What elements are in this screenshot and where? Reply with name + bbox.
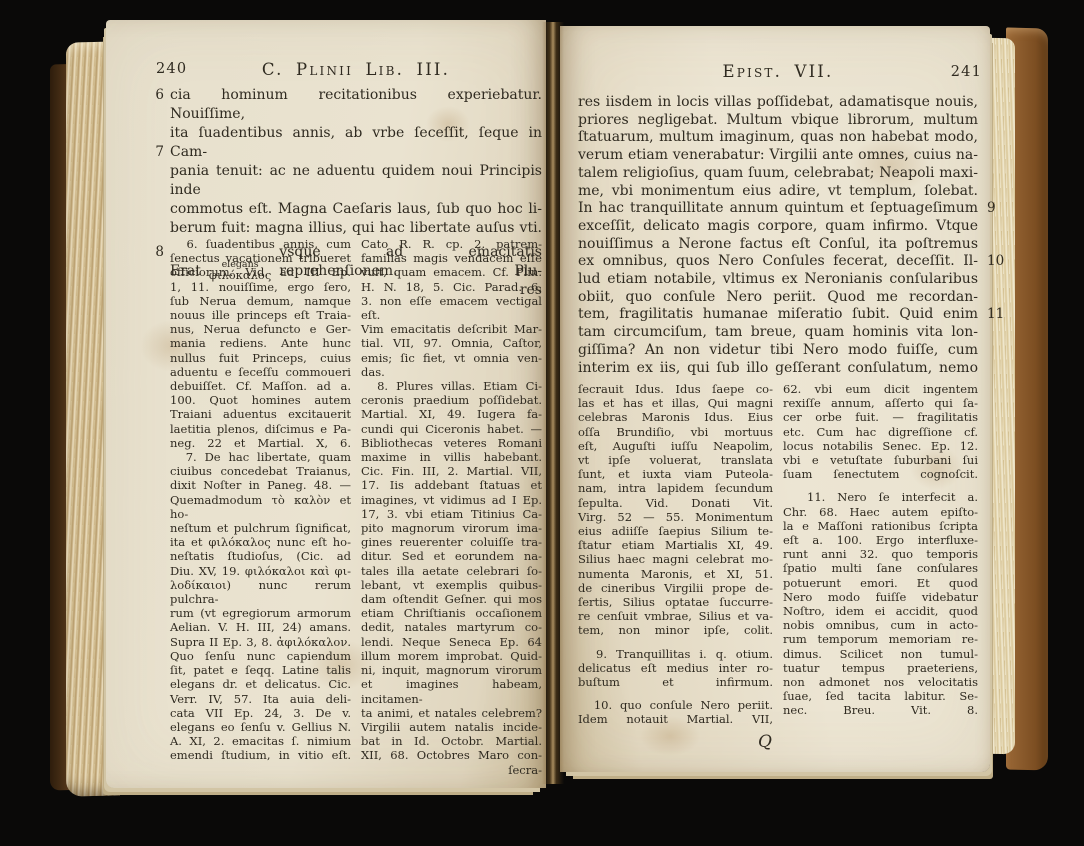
text-line: 62. vbi eum dicit ingentem [783,382,978,396]
text-line: cata VII Ep. 24, 3. De v. [170,706,351,720]
text-line: me, vbi monimentum eius adire, vt templu… [578,183,978,201]
text-line: ſunt, et iuxta viam Puteola- [578,467,773,481]
text-line: 8. Plures villas. Etiam Ci- [361,379,542,393]
text-line: ex omnibus, quos Nero Conſules fecerat, … [578,253,978,271]
text-line: dam oſtendit Geſner. qui mos [361,592,542,606]
text-line: las et has et illas, Qui magni [578,396,773,410]
text-line: lendi. Neque Seneca Ep. 64 [361,635,542,649]
text-line: eſt a. 100. Ergo interfluxe- [783,533,978,547]
text-line: Vim emacitatis deſcribit Mar- [361,322,542,336]
text-line: berum fuit: magna illius, qui hac libert… [170,219,542,238]
text-line: verum etiam venerabatur: Virgilii ante o… [578,147,978,165]
book-gutter [542,22,564,784]
text-line: tam circumciſum, tam breue, quam hominis… [578,324,978,342]
text-line: eius adiiſſe ſaepius Silium te- [578,524,773,538]
text-line: Virg. 52 — 55. Monimentum [578,510,773,524]
left-footnote-col1: 6. ſuadentibus annis, cumſenectus vacati… [170,237,351,777]
text-line: la e Maſſoni rationibus ſcripta [783,519,978,533]
text-line: Quo ſenſu nunc capiendum [170,649,351,663]
right-footnote-col1: ſecrauit Idus. Idus ſaepe co-las et has … [578,382,773,727]
text-line: Noſtro, idem ei accidit, quod [783,604,978,618]
text-line: 9. Tranquillitas i. q. otium. [578,647,773,661]
text-line: neſtatis ſtudioſus, (Cic. ad [170,549,351,563]
margin-note: 11 [987,306,1011,324]
right-body-lines: res iisdem in locis villas poſſidebat, a… [578,94,978,377]
text-line: delicatus eſt medius inter ro- [578,661,773,675]
text-line: vt ipſe voluerat, translata [578,453,773,467]
text-line: λοδίκαιοι) nunc rerum pulchra- [170,578,351,606]
text-line: nus, Nerua defuncto e Ger- [170,322,351,336]
text-line: nullus fuit Princeps, cuius [170,351,351,365]
text-line: neg. 22 et Martial. X, 6. [170,436,351,450]
text-line: interim ex iis, qui ſub illo geſſerant c… [578,360,978,378]
text-line: priores negligebat. Multum vbique libror… [578,112,978,130]
text-line: bat in Id. Octobr. Martial. [361,734,542,748]
catchword: ſecra- [361,763,542,777]
text-line: etiam Chriſtianis occaſionem [361,606,542,620]
text-line: tial. VII, 97. Omnia, Caſtor, [361,336,542,350]
text-line: ditur. Sed et eorundem na- [361,549,542,563]
text-line: debuiſſet. Cf. Maſſon. ad a. [170,379,351,393]
text-line: Traiani aduentus excitauerit [170,407,351,421]
page-number: 240 [156,61,187,77]
right-page-header: Epist. VII. 241 [578,62,978,81]
text-line: celebras Maronis Idus. Eius [578,410,773,424]
text-line: emendi ſtudium, in vitio eſt. [170,748,351,762]
text-line: tem, non minor ipſe, colit. [578,623,773,637]
text-line: vult, quam emacem. Cf. Plin. [361,265,542,279]
text-line: ſecrauit Idus. Idus ſaepe co- [578,382,773,396]
text-line: exceſſit, delicato magis corpore, quam i… [578,218,978,236]
text-line: elegans eo ſenſu v. Gellius N. [170,720,351,734]
text-line: 3. non eſſe emacem vectigal eſt. [361,294,542,322]
text-line: Nero modo fuiſſe videbatur [783,590,978,604]
text-line: Cato R. R. cp. 2. patrem- [361,237,542,251]
text-line: ſenectus vacationem tribueret [170,251,351,265]
text-line: rum (vt egregiorum armorum [170,606,351,620]
text-line: A. XI, 2. emacitas ſ. nimium [170,734,351,748]
text-line: gines reuerenter coluiſſe tra- [361,535,542,549]
right-page: Epist. VII. 241 res iisdem in locis vill… [560,26,990,772]
text-line: runt anni 32. quo temporis [783,547,978,561]
text-line: ſtatuarum, multum imaginum, quas non hab… [578,129,978,147]
text-line: rexiſſe annum, aſſerto qui ſa- [783,396,978,410]
text-line: 1, 11. nouiſſime, ergo ſero, [170,280,351,294]
text-line: 6. ſuadentibus annis, cum [170,237,351,251]
text-line: locus notabilis Senec. Ep. 12. [783,439,978,453]
margin-note: 6 [143,86,164,105]
text-line: familias magis vendacem eſſe [361,251,542,265]
text-line: nouus ille princeps eſt Traia- [170,308,351,322]
text-line: nouiſſimus a Nerone factus eſt Conſul, i… [578,236,978,254]
text-line: emis; ſic fiet, vt omnia ven- [361,351,542,365]
text-line: nam, intra lapidem ſecundum [578,481,773,495]
text-line: neſtum et pulchrum ſignificat, [170,521,351,535]
text-line: rum temporum memoriam re- [783,632,978,646]
left-body-lines: cia hominum recitationibus experiebatur.… [170,86,542,238]
text-line: ciuibus concedebat Traianus, [170,464,351,478]
text-line: numenta Maronis, et XI, 51. [578,567,773,581]
margin-note: 8 [143,243,164,262]
text-line: cer orbe fuit. — fragilitatis [783,410,978,424]
text-line: tuatur tempus praeteriens, [783,661,978,675]
text-line: ni, inquit, magnorum virorum [361,663,542,677]
text-line: 100. Quot homines autem [170,393,351,407]
text-line: eſt, Auguſti iuſſu Neapolim, [578,439,773,453]
text-line: ita ſuadentibus annis, ab vrbe ſeceſſit,… [170,124,542,162]
text-line: ſepulta. Vid. Donati Vit. [578,496,773,510]
line-gap [783,481,978,490]
text-line: ſtatur etiam Martialis XI, 49. [578,538,773,552]
text-line: ita et φιλόκαλος nunc eſt ho- [170,535,351,549]
text-line: Supra II Ep. 3, 8. ἀφιλόκαλον. [170,635,351,649]
text-line: H. N. 18, 5. Cic. Parad. 6, [361,280,542,294]
running-title: C. Plinii Lib. III. [170,60,542,79]
text-line: ſuae, ſed tacita labitur. Se- [783,689,978,703]
signature-mark: Q [710,732,820,752]
text-line: potuerunt emori. Et quod [783,576,978,590]
text-line: lud etiam notabile, vltimus ex Neroniani… [578,271,978,289]
text-line: nec. Breu. Vit. 8. [783,703,978,717]
right-footnote-col2: 62. vbi eum dicit ingentemrexiſſe annum,… [783,382,978,727]
text-line: imagines, vt vidimus ad I Ep. [361,493,542,507]
book-photo: 240 C. Plinii Lib. III. cia hominum reci… [0,0,1084,846]
text-line: Quemadmodum τὸ καλὸν et ho- [170,493,351,521]
text-line: cundi qui Ciceronis habet. — [361,422,542,436]
text-line: cia hominum recitationibus experiebatur.… [170,86,542,124]
text-line: 17. Iis addebant ſtatuas et [361,478,542,492]
text-line: ſub Nerua demum, namque [170,294,351,308]
text-line: ſuam ſenectutem cognoſcit. [783,467,978,481]
text-line: Verr. IV, 57. Ita auia deli- [170,692,351,706]
text-line: de cineribus Virgilii prope de- [578,581,773,595]
text-line: XII, 68. Octobres Maro con- [361,748,542,762]
text-line: maxime in villis habebant. [361,450,542,464]
text-line: tem, fragilitatis humanae miſeratio ſubi… [578,306,978,324]
text-line: 11. Nero ſe interfecit a. [783,490,978,504]
right-main-text: res iisdem in locis villas poſſidebat, a… [578,94,978,377]
margin-note: 9 [987,200,1011,218]
text-line: dimus. Scilicet non tumul- [783,647,978,661]
page-number: 241 [951,64,982,80]
text-line: etc. Cum hac digreſſione cf. [783,425,978,439]
text-line: ceronis praedium poſſidebat. [361,393,542,407]
text-line: pito magnorum virorum ima- [361,521,542,535]
text-line: dedit, natales martyrum co- [361,620,542,634]
text-line: obiit, quo conſule Nero periit. Quod me … [578,289,978,307]
text-line: 10. quo conſule Nero periit. [578,698,773,712]
text-line: re cenſuit vmbrae, Silius et va- [578,609,773,623]
text-line: buſtum et infirmum. [578,675,773,689]
text-line: 17, 3. vbi etiam Titinius Ca- [361,507,542,521]
right-footnotes: ſecrauit Idus. Idus ſaepe co-las et has … [578,382,978,727]
left-footnote-col2: Cato R. R. cp. 2. patrem-familias magis … [361,237,542,777]
text-line: lebant, vt exemplis quibus- [361,578,542,592]
text-line: Chr. 68. Haec autem epiſto- [783,505,978,519]
text-line: elegans dr. et delicatus. Cic. [170,677,351,691]
text-line: Diu. XV, 19. φιλόκαλοι καὶ φι- [170,564,351,578]
text-line: res iisdem in locis villas poſſidebat, a… [578,94,978,112]
text-line: giſſima? An non videtur tibi Nero modo f… [578,342,978,360]
text-line: tales illa aetate celebrari ſo- [361,564,542,578]
left-page-header: 240 C. Plinii Lib. III. [170,60,542,79]
text-line: commotus eſt. Magna Caeſaris laus, ſub q… [170,200,542,219]
left-footnote-col2-lines: Cato R. R. cp. 2. patrem-familias magis … [361,237,542,763]
text-line: dixit Noſter in Paneg. 48. — [170,478,351,492]
text-line: nobis omnibus, cum in acto- [783,618,978,632]
left-page: 240 C. Plinii Lib. III. cia hominum reci… [106,20,546,788]
text-line: 7. De hac libertate, quam [170,450,351,464]
text-line: Aelian. V. H. III, 24) amans. [170,620,351,634]
text-line: laetitia plenos, diſcimus e Pa- [170,422,351,436]
text-line: Bibliothecas veteres Romani [361,436,542,450]
text-line: Cic. Fin. III, 2. Martial. VII, [361,464,542,478]
text-line: et imagines habeam, incitamen- [361,677,542,705]
line-gap [578,689,773,698]
text-line: In hac tranquillitate annum quintum et ſ… [578,200,978,218]
text-line: ſpatio multi ſane conſulares [783,561,978,575]
text-line: Idem notauit Martial. VII, [578,712,773,726]
text-line: oſſa Brundiſio, vbi mortuus [578,425,773,439]
margin-note: 7 [143,143,164,162]
text-line: mania rediens. Ante hunc [170,336,351,350]
text-line: ſertis, Silius optatae ſuccurre- [578,595,773,609]
text-line: pania tenuit: ac ne aduentu quidem noui … [170,162,542,200]
line-gap [578,638,773,647]
left-footnotes: 6. ſuadentibus annis, cumſenectus vacati… [170,237,542,777]
margin-note: 10 [987,253,1011,271]
text-line: talem religioſius, quam ſuum, celebrabat… [578,165,978,183]
text-line: das. [361,365,542,379]
text-line: non admonet nos velocitatis [783,675,978,689]
text-line: aduentu e ſeceſſu commoueri [170,365,351,379]
text-line: officiorum. Vid. ad III Ep. [170,265,351,279]
text-line: vbi e vetuſtate ſuburbani ſui [783,453,978,467]
text-line: Martial. XI, 49. Iugera fa- [361,407,542,421]
text-line: ta animi, et natales celebrem? [361,706,542,720]
text-line: Virgilii autem natalis incide- [361,720,542,734]
text-line: illum morem improbat. Quid- [361,649,542,663]
running-title: Epist. VII. [578,62,978,81]
text-line: Silius haec magni celebrat mo- [578,552,773,566]
text-line: ſit, patet e ſeqq. Latine talis [170,663,351,677]
